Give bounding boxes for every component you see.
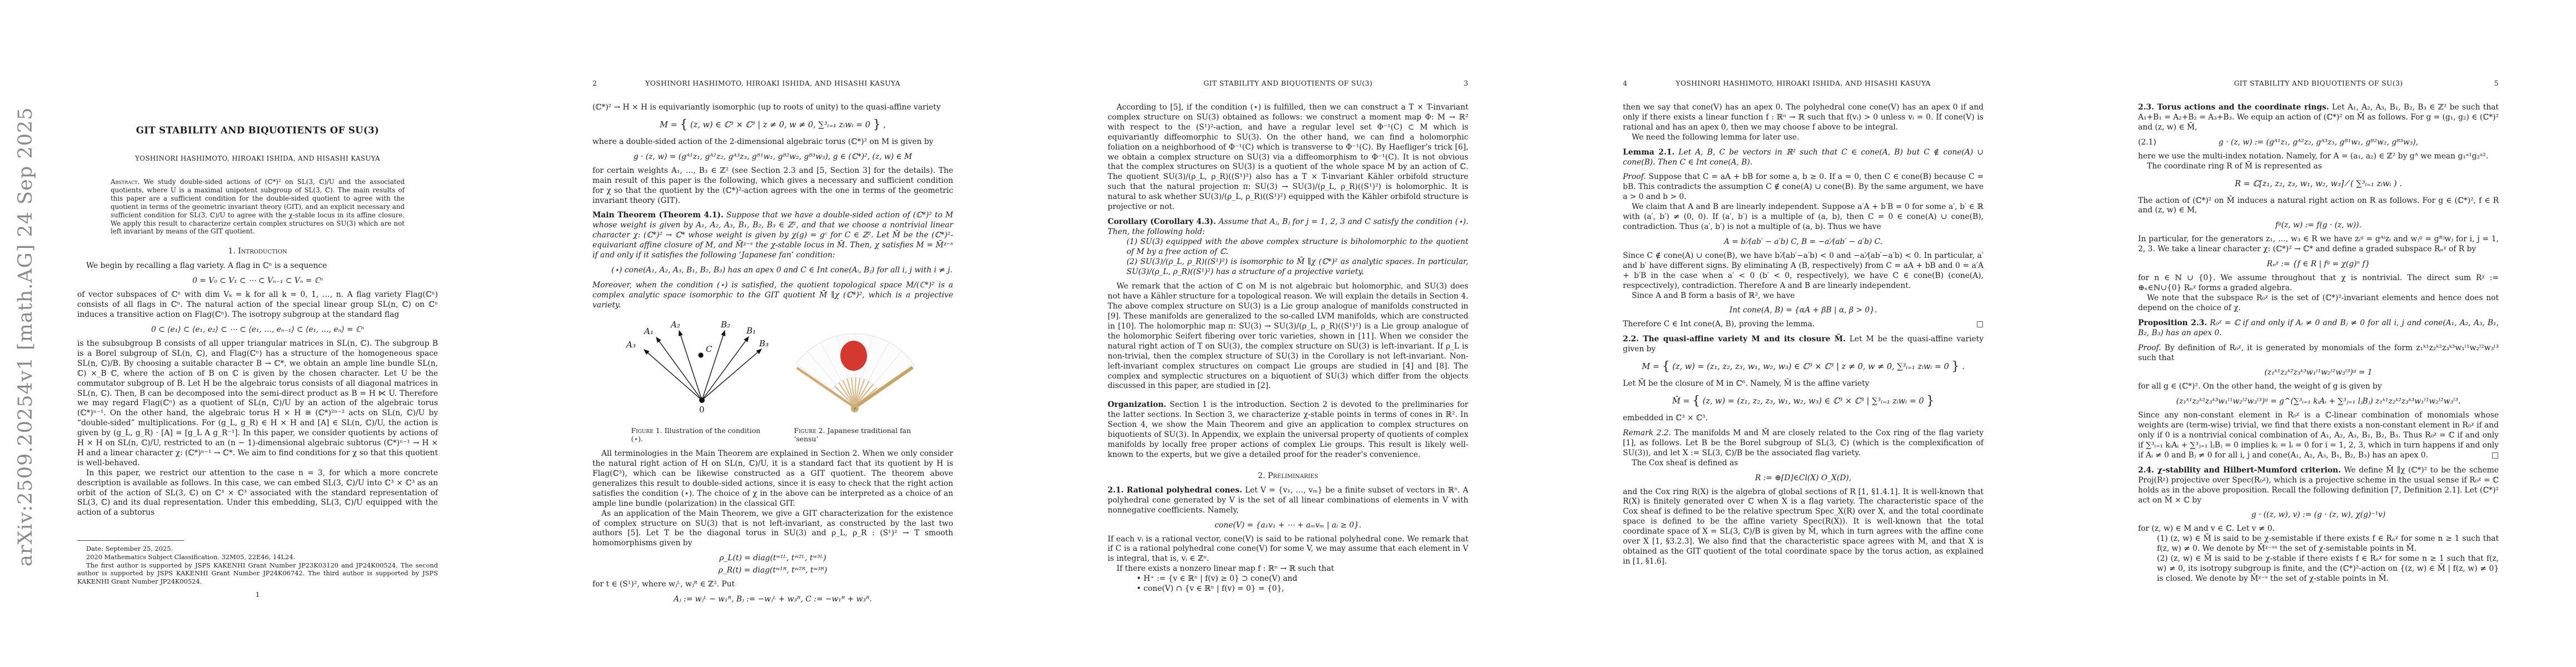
proof-label: Proof.: [1623, 172, 1646, 181]
section-heading-preliminaries: 2. Preliminaries: [1108, 471, 1468, 480]
theorem-moreover: Moreover, when the condition (⋆) is sati…: [592, 281, 953, 311]
eq-body: (z, w) = (z₁, z₂, z₃, w₁, w₂, w₃) ∈ ℂ³ ×…: [1703, 397, 1924, 406]
paragraph: Since any non-constant element in R₀ᵡ is…: [2138, 411, 2499, 461]
figure-2: Figure 2. Japanese traditional fan ‘sens…: [794, 324, 926, 444]
definition-item-2: (2) (z, w) ∈ M̄ is said to be χ-stable i…: [2138, 554, 2499, 584]
paragraph: The Cox sheaf is defined as: [1623, 459, 1984, 469]
paragraph: Since A and B form a basis of ℝ², we hav…: [1623, 291, 1984, 301]
running-title: GIT STABILITY AND BIQUOTIENTS OF SU(3): [2234, 79, 2403, 87]
proof: Proof. By definition of R₀ᵡ, it is gener…: [2138, 344, 2499, 364]
label-B3: B₃: [759, 339, 769, 349]
footnote-date: Date: September 25, 2025.: [77, 545, 438, 553]
organization: Organization. Section 1 is the introduct…: [1108, 400, 1468, 460]
right-brace: }: [1952, 360, 1960, 374]
eq-tail: .: [1960, 362, 1965, 371]
left-brace: {: [680, 118, 687, 132]
running-authors: YOSHINORI HASHIMOTO, HIROAKI ISHIDA, AND…: [645, 79, 900, 87]
remark-text: The manifolds M and M̄ are closely relat…: [1623, 429, 1984, 457]
page-1-content: GIT STABILITY AND BIQUOTIENTS OF SU(3) Y…: [0, 125, 515, 518]
running-authors: YOSHINORI HASHIMOTO, HIROAKI ISHIDA, AND…: [1676, 79, 1931, 87]
paragraph: We begin by recalling a flag variety. A …: [77, 261, 438, 271]
display-equation: cone(V) = {a₁v₁ + ⋯ + aₘvₘ | aᵢ ≥ 0}.: [1108, 520, 1468, 531]
left-brace: {: [1692, 394, 1700, 408]
running-header: GIT STABILITY AND BIQUOTIENTS OF SU(3) 5: [2138, 79, 2499, 89]
proof-text: Suppose that C = aA + bB for some a, b ≥…: [1623, 172, 1984, 201]
page-number: 5: [2494, 79, 2499, 87]
theorem-label: Main Theorem (Theorem 4.1).: [592, 211, 724, 220]
authors-line: YOSHINORI HASHIMOTO, HIROAKI ISHIDA, AND…: [77, 155, 438, 162]
running-header: 4 YOSHINORI HASHIMOTO, HIROAKI ISHIDA, A…: [1623, 79, 1984, 89]
label-origin: 0: [699, 405, 705, 415]
page-2-content: 2 YOSHINORI HASHIMOTO, HIROAKI ISHIDA, A…: [515, 79, 1030, 605]
arrow-B3: [702, 349, 761, 400]
running-header: 2 YOSHINORI HASHIMOTO, HIROAKI ISHIDA, A…: [592, 79, 953, 89]
page-4-content: 4 YOSHINORI HASHIMOTO, HIROAKI ISHIDA, A…: [1546, 79, 2061, 567]
paragraph-text: Therefore C ∈ Int cone(A, B), proving th…: [1623, 320, 1815, 328]
paragraph: If each vᵢ is a rational vector, cone(V)…: [1108, 535, 1468, 565]
label-A1: A₁: [643, 326, 654, 336]
paragraph: Therefore C ∈ Int cone(A, B), proving th…: [1623, 320, 1984, 330]
figure-1-caption-label: Figure 1.: [631, 426, 662, 435]
eq-body: (z, w) ∈ ℂ³ × ℂ³ | z ≠ 0, w ≠ 0, ∑³ᵢ₌₁ z…: [690, 121, 870, 130]
corollary-item-2: (2) SU(3)/(ρ_L, ρ_R)((S¹)²) is isomorphi…: [1108, 257, 1468, 277]
eq-lhs: M =: [660, 121, 680, 130]
page-3-content: GIT STABILITY AND BIQUOTIENTS OF SU(3) 3…: [1030, 79, 1546, 594]
subsection-2-2: 2.2. The quasi-affine variety M and its …: [1623, 335, 1984, 355]
running-title: GIT STABILITY AND BIQUOTIENTS OF SU(3): [1204, 79, 1373, 87]
paragraph: is the subsubgroup B consists of all upp…: [77, 339, 438, 469]
abstract-label: Abstract.: [111, 178, 139, 186]
label-B2: B₂: [720, 320, 730, 330]
label-B1: B₁: [746, 326, 756, 336]
paragraph: and the Cox ring R(X) is the algebra of …: [1623, 487, 1984, 567]
display-equation: fᵍ(z, w) := f(g · (z, w)).: [2138, 220, 2499, 231]
paragraph: (ℂ*)² → H × H is equivariantly isomorphi…: [592, 103, 953, 113]
running-header: GIT STABILITY AND BIQUOTIENTS OF SU(3) 3: [1108, 79, 1468, 89]
paragraph: then we say that cone(V) has an apex 0. …: [1623, 103, 1984, 133]
proposition-label: Proposition 2.3.: [2138, 318, 2207, 327]
subsection-2-1-label: 2.1. Rational polyhedral cones.: [1108, 486, 1242, 495]
left-brace: {: [1662, 360, 1670, 374]
paragraph: for t ∈ (S¹)², where wⱼᴸ, wⱼᴿ ∈ ℤ². Put: [592, 580, 953, 590]
paragraph: embedded in ℂ³ × ℂ³.: [1623, 414, 1984, 424]
proof: Proof. Suppose that C = aA + bB for some…: [1623, 172, 1984, 202]
definition-item-1: (1) (z, w) ∈ M̄ is said to be χ-semistab…: [2138, 534, 2499, 554]
lemma-label: Lemma 2.1.: [1623, 148, 1675, 157]
organization-label: Organization.: [1108, 400, 1167, 409]
figure-2-caption: Figure 2. Japanese traditional fan ‘sens…: [794, 426, 926, 444]
paragraph: As an application of the Main Theorem, w…: [592, 509, 953, 549]
abstract: Abstract. We study double-sided actions …: [111, 178, 405, 236]
right-brace: }: [873, 118, 881, 132]
paragraph: We remark that the action of ℂ on M is n…: [1108, 282, 1468, 391]
subsection-2-2-label: 2.2. The quasi-affine variety M and its …: [1623, 335, 1846, 344]
proposition: Proposition 2.3. R₀ᵡ = ℂ if and only if …: [2138, 318, 2499, 339]
paragraph: We note that the subspace R₀ᵡ is the set…: [2138, 293, 2499, 313]
subsection-2-3: 2.3. Torus actions and the coordinate ri…: [2138, 103, 2499, 133]
equation-tag: (2.1): [2138, 137, 2156, 148]
cone-diagram: A₃ A₁ A₂ B₂ B₁ B₃ C 0: [620, 320, 775, 419]
paragraph: If there exists a nonzero linear map f :…: [1108, 564, 1468, 574]
label-A2: A₂: [670, 320, 680, 330]
display-equation-2-1: (2.1)g · (z, w) := (gᴬ¹z₁, gᴬ²z₂, gᴬ³z₃,…: [2138, 137, 2499, 148]
display-equation: g · ((z, w), v) := (g · (z, w), χ(g)⁻¹v): [2138, 509, 2499, 520]
paragraph: According to [5], if the condition (⋆) i…: [1108, 103, 1468, 212]
point-C-dot: [698, 352, 703, 357]
display-equation: A = b′⁄(ab′ − a′b) C, B = −a′⁄(ab′ − a′b…: [1623, 236, 1984, 247]
display-equation: R = ℂ[z₁, z₂, z₃, w₁, w₂, w₃] ⁄ ( ∑³ᵢ₌₁ …: [2138, 177, 2499, 191]
eq-body: (z, w) = (z₁, z₂, z₃, w₁, w₂, w₃) ∈ ℂ³ ×…: [1672, 362, 1949, 371]
main-theorem: Main Theorem (Theorem 4.1). Suppose that…: [592, 211, 953, 261]
footnote-grants: The first author is supported by JSPS KA…: [77, 561, 438, 586]
remark-label: Remark 2.2.: [1623, 429, 1671, 437]
figure-1: A₃ A₁ A₂ B₂ B₁ B₃ C 0 Figure 1. Illustra…: [620, 320, 775, 444]
paragraph: here we use the multi-index notation. Na…: [2138, 152, 2499, 162]
page-number: 3: [1464, 79, 1468, 87]
corollary-item-1: (1) SU(3) equipped with the above comple…: [1108, 237, 1468, 257]
right-brace: }: [1926, 394, 1934, 408]
eq-tail: ,: [881, 121, 886, 130]
page-4: 4 YOSHINORI HASHIMOTO, HIROAKI ISHIDA, A…: [1546, 0, 2061, 667]
page-1: arXiv:2509.20254v1 [math.AG] 24 Sep 2025…: [0, 0, 515, 667]
paragraph: In this paper, we restrict our attention…: [77, 469, 438, 519]
eq-lhs: M =: [1642, 362, 1662, 371]
label-C: C: [706, 344, 712, 354]
paragraph: The coordinate ring R of M̄ is represent…: [2138, 162, 2499, 172]
equation-body: g · (z, w) := (gᴬ¹z₁, gᴬ²z₂, gᴬ³z₃, gᴮ¹w…: [2219, 138, 2418, 147]
footnote-block: Date: September 25, 2025. 2020 Mathemati…: [77, 540, 438, 586]
page-3: GIT STABILITY AND BIQUOTIENTS OF SU(3) 3…: [1030, 0, 1546, 667]
footnote-msc: 2020 Mathematics Subject Classification.…: [77, 553, 438, 561]
paragraph: for all g ∈ (ℂ*)². On the other hand, th…: [2138, 382, 2499, 392]
display-equation: ρ_R(t) = diag(tʷ¹ᴿ, tʷ²ᴿ, tʷ³ᴿ): [592, 565, 953, 576]
paragraph: We claim that A and B are linearly indep…: [1623, 202, 1984, 232]
display-equation: g · (z, w) = (gᴬ¹z₁, gᴬ²z₂, gᴬ³z₃, gᴮ¹w₁…: [592, 151, 953, 162]
figures-row: A₃ A₁ A₂ B₂ B₁ B₃ C 0 Figure 1. Illustra…: [592, 320, 953, 444]
origin-dot: [699, 397, 705, 403]
figure-2-caption-label: Figure 2.: [794, 426, 825, 435]
corollary: Corollary (Corollary 4.3). Assume that A…: [1108, 217, 1468, 237]
page-5-content: GIT STABILITY AND BIQUOTIENTS OF SU(3) 5…: [2061, 79, 2576, 584]
paragraph: Since C ∉ cone(A) ∪ cone(B), we have b′⁄…: [1623, 251, 1984, 291]
lemma: Lemma 2.1. Let A, B, C be vectors in ℝ² …: [1623, 148, 1984, 168]
cone-arrows: [644, 331, 761, 400]
paper-title: GIT STABILITY AND BIQUOTIENTS OF SU(3): [77, 125, 438, 136]
page-number: 4: [1623, 79, 1627, 87]
remark: Remark 2.2. The manifolds M and M̄ are c…: [1623, 429, 1984, 459]
label-A3: A₃: [625, 340, 636, 350]
page-2: 2 YOSHINORI HASHIMOTO, HIROAKI ISHIDA, A…: [515, 0, 1030, 667]
footnote-rule: [77, 540, 184, 541]
star-condition: (⋆) cone(A₁, A₂, A₃, B₁, B₂, B₃) has an …: [592, 266, 953, 276]
paragraph: for certain weights A₁, …, B₃ ∈ ℤ² (see …: [592, 166, 953, 206]
subsection-2-4: 2.4. χ-stability and Hilbert-Mumford cri…: [2138, 466, 2499, 506]
cone-labels: A₃ A₁ A₂ B₂ B₁ B₃ C 0: [625, 320, 769, 415]
subsection-2-3-label: 2.3. Torus actions and the coordinate ri…: [2138, 103, 2329, 112]
eq-lhs: M̄ =: [1672, 397, 1692, 406]
japanese-fan-image: [796, 324, 924, 419]
proof-text: By definition of R₀ᵡ, it is generated by…: [2138, 344, 2499, 362]
qed-symbol: □: [1976, 320, 1984, 330]
paragraph: The action of (ℂ*)² on M̄ induces a natu…: [2138, 196, 2499, 216]
display-equation: R := ⊕[D]∈Cl(X) O_X(D),: [1623, 472, 1984, 484]
display-equation: M = { (z, w) ∈ ℂ³ × ℂ³ | z ≠ 0, w ≠ 0, ∑…: [592, 118, 953, 132]
display-equation: Rₙᵡ := {f ∈ R | fᵍ = χ(g)ⁿ f}: [2138, 258, 2499, 270]
display-equation: 0 = V₀ ⊂ V₁ ⊂ ⋯ ⊂ Vₙ₋₁ ⊂ Vₙ = ℂⁿ: [77, 275, 438, 286]
lemma-text: Let A, B, C be vectors in ℝ² such that C…: [1623, 148, 1984, 167]
fan-red-sun: [840, 341, 867, 371]
arrow-B2: [702, 331, 725, 400]
display-equation: 0 ⊂ ⟨e₁⟩ ⊂ ⟨e₁, e₂⟩ ⊂ ⋯ ⊂ ⟨e₁, …, eₙ₋₁⟩ …: [77, 324, 438, 335]
paragraph: where a double-sided action of the 2-dim…: [592, 137, 953, 147]
paragraph: Let M̄ be the closure of M in ℂ⁶. Namely…: [1623, 379, 1984, 389]
proof-label: Proof.: [2138, 344, 2161, 352]
display-equation: M̄ = { (z, w) = (z₁, z₂, z₃, w₁, w₂, w₃)…: [1623, 394, 1984, 409]
bullet-item: • cone(V) ∩ {v ∈ ℝⁿ | f(v) = 0} = {0},: [1108, 584, 1468, 594]
display-equation: (z₁ᵏ¹z₂ᵏ²z₃ᵏ³w₁ˡ¹w₂ˡ²w₃ˡ³)ᵍ = 1: [2138, 367, 2499, 378]
document-canvas: arXiv:2509.20254v1 [math.AG] 24 Sep 2025…: [0, 0, 2576, 667]
section-heading-introduction: 1. Introduction: [77, 247, 438, 256]
page-5: GIT STABILITY AND BIQUOTIENTS OF SU(3) 5…: [2061, 0, 2576, 667]
corollary-label: Corollary (Corollary 4.3).: [1108, 217, 1216, 226]
paragraph: We need the following lemma for later us…: [1623, 133, 1984, 143]
arrow-A1: [656, 337, 702, 400]
bullet-item: • H⁺ := {v ∈ ℝⁿ | f(v) ≥ 0} ⊃ cone(V) an…: [1108, 574, 1468, 584]
paragraph-text: Since any non-constant element in R₀ᵡ is…: [2138, 411, 2499, 460]
display-equation: (z₁ᵏ¹z₂ᵏ²z₃ᵏ³w₁ˡ¹w₂ˡ²w₃ˡ³)ᵍ = g^(∑³ᵢ₌₁ k…: [2138, 396, 2499, 407]
paragraph: of vector subspaces of ℂⁿ with dim Vₖ = …: [77, 290, 438, 320]
paragraph: All terminologies in the Main Theorem ar…: [592, 449, 953, 509]
display-equation: ρ_L(t) = diag(tʷ¹ᴸ, tʷ²ᴸ, tʷ³ᴸ): [592, 552, 953, 564]
abstract-text: We study double-sided actions of (ℂ*)² o…: [111, 178, 405, 235]
subsection-2-1: 2.1. Rational polyhedral cones. Let V = …: [1108, 486, 1468, 516]
page-number: 1: [0, 591, 515, 599]
fan-pivot-pin: [853, 407, 856, 410]
figure-1-caption: Figure 1. Illustration of the condition …: [631, 426, 764, 444]
paragraph: In particular, for the generators z₁, …,…: [2138, 235, 2499, 255]
qed-symbol: □: [2492, 451, 2499, 461]
paragraph: for n ∈ ℕ ∪ {0}. We assume throughout th…: [2138, 273, 2499, 293]
subsection-2-4-label: 2.4. χ-stability and Hilbert-Mumford cri…: [2138, 466, 2341, 475]
display-equation: Aⱼ := wⱼᴸ − w₁ᴿ, Bⱼ := −wⱼᴸ + w₃ᴿ, C := …: [592, 594, 953, 605]
paragraph: for (z, w) ∈ M and v ∈ ℂ. Let v ≠ 0.: [2138, 524, 2499, 534]
display-equation: M = { (z, w) = (z₁, z₂, z₃, w₁, w₂, w₃) …: [1623, 360, 1984, 374]
page-number: 2: [592, 79, 597, 87]
display-equation: Int cone(A, B) = {αA + βB | α, β > 0}.: [1623, 305, 1984, 316]
